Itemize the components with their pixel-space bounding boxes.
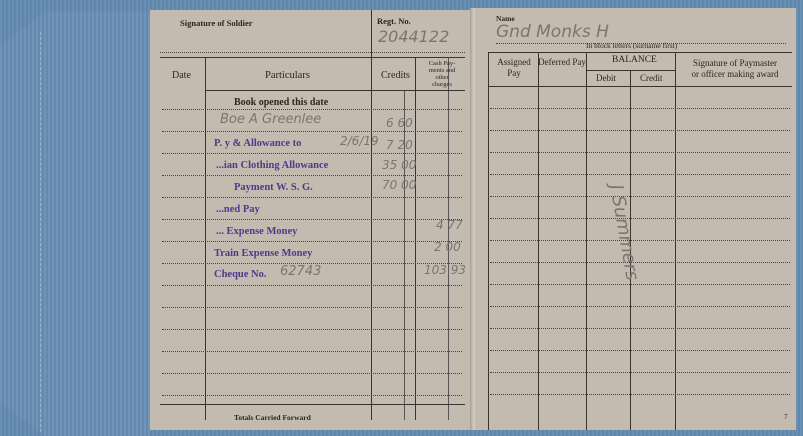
col-paymaster-signature: Signature of Paymasteror officer making …	[679, 58, 791, 80]
entry-train: Train Expense Money	[214, 248, 312, 259]
col-particulars: Particulars	[265, 70, 310, 81]
cash-value: 103 93	[424, 263, 466, 277]
cover-flap	[0, 12, 150, 436]
signature-label: Signature of Soldier	[180, 18, 253, 28]
entry-date: 2/6/19	[340, 134, 379, 148]
regt-no-value: 2044122	[378, 27, 449, 46]
entry-expense: ... Expense Money	[216, 226, 297, 237]
col-cash-payments: Cash Pay-ments andothercharges	[421, 60, 463, 88]
entry-clothing: ...ian Clothing Allowance	[216, 160, 328, 171]
col-deferred-pay: Deferred Pay	[538, 57, 586, 68]
entry-cheque: Cheque No.	[214, 269, 267, 280]
col-credits: Credits	[381, 70, 410, 81]
page-number: 7	[784, 413, 788, 421]
cash-value: 4 77	[436, 218, 463, 232]
col-date: Date	[172, 70, 191, 81]
col-debit: Debit	[596, 73, 616, 83]
name-value: Gnd Monks H	[496, 22, 609, 42]
col-credit: Credit	[640, 73, 663, 83]
entry-pay-allowance: P. y & Allowance to	[214, 138, 301, 149]
regt-no-label: Regt. No.	[377, 16, 411, 26]
right-page: Name Gnd Monks H In block letters (surna…	[476, 8, 796, 430]
entry-wsg: Payment W. S. G.	[234, 182, 313, 193]
cash-value: 2 00	[434, 240, 461, 254]
book-opened-label: Book opened this date	[234, 97, 328, 108]
handwritten-signature: Boe A Greenlee	[220, 112, 321, 127]
credit-value: 6 60	[386, 116, 413, 130]
totals-label: Totals Carried Forward	[234, 413, 311, 422]
paymaster-signature: J Summers	[605, 183, 642, 282]
stitching	[40, 32, 43, 432]
block-letters-note: In block letters (surname first)	[586, 41, 677, 50]
entry-assigned: ...ned Pay	[216, 204, 260, 215]
cheque-number: 62743	[280, 264, 321, 279]
col-balance: BALANCE	[612, 55, 657, 65]
credit-value: 35 00	[382, 158, 416, 172]
credit-value: 70 00	[382, 178, 416, 192]
col-assigned-pay: Assigned Pay	[490, 57, 538, 79]
credit-value: 7 20	[386, 138, 413, 152]
left-page: Signature of Soldier Regt. No. 2044122 D…	[150, 10, 472, 430]
